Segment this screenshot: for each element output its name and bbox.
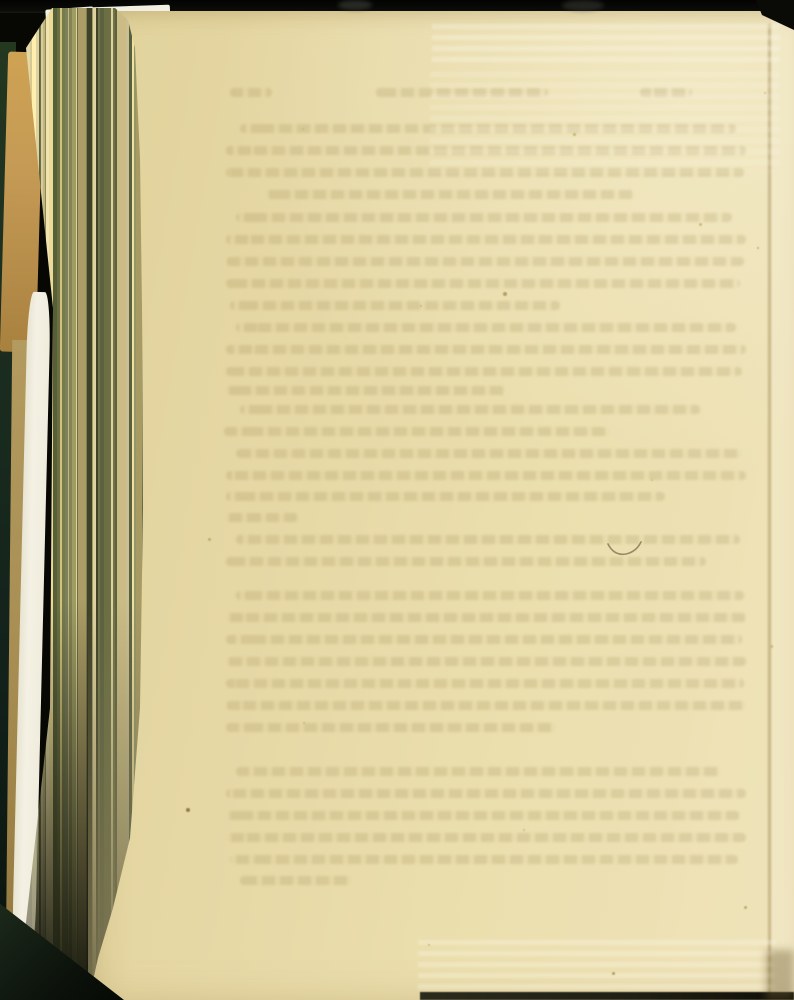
ghost-text-line (226, 257, 744, 266)
edge-smudge (338, 0, 372, 10)
foxing-speck (186, 808, 190, 812)
foxing-speck (744, 906, 747, 909)
page-corner-shadow (766, 950, 794, 1000)
ghost-text-line (236, 591, 744, 600)
ghost-text-line (226, 635, 742, 644)
foxing-speck (523, 829, 525, 831)
foxing-speck (757, 247, 759, 249)
page-edge-stripe (53, 8, 57, 994)
ghost-text-line (226, 613, 746, 622)
ghost-text-line (225, 513, 298, 522)
ghost-text-line (226, 701, 746, 710)
ghost-text-line (226, 279, 740, 288)
foxing-speck (699, 223, 702, 226)
ghost-text-line (230, 855, 738, 864)
page-edge-stripe (86, 8, 87, 994)
ghost-text-line (226, 367, 742, 376)
foxing-speck (428, 944, 430, 946)
foxing-speck (651, 479, 653, 481)
foxing-speck (503, 292, 507, 296)
ghost-text-line (236, 213, 732, 222)
scan-streak-band (430, 72, 780, 172)
ghost-text-line (236, 323, 736, 332)
ghost-text-line (230, 88, 272, 97)
ghost-text-line (230, 301, 560, 310)
ghost-text-line (226, 235, 746, 244)
ghost-text-line (240, 876, 352, 885)
page-edge-stripe (72, 8, 76, 994)
page-edge-stripe (78, 8, 86, 994)
page-edge-stripe (117, 8, 126, 994)
ghost-text-line (226, 811, 740, 820)
scanner-background-bottom-strip (420, 992, 794, 1000)
foxing-speck (302, 128, 304, 130)
ghost-text-line (226, 657, 746, 666)
ghost-text-line (226, 679, 744, 688)
ghost-text-line (236, 535, 740, 544)
ghost-text-line (226, 492, 665, 501)
foxing-speck (770, 645, 773, 648)
foxing-speck (208, 538, 211, 541)
page-edge-stripe (62, 8, 65, 994)
pencil-squiggle-mark (606, 538, 644, 560)
ghost-text-line (226, 345, 746, 354)
ghost-text-line (226, 386, 505, 395)
scan-streak-band (418, 940, 776, 992)
foxing-speck (764, 92, 766, 94)
book-scan (0, 0, 794, 1000)
foxing-speck (303, 722, 305, 724)
ghost-text-line (236, 767, 720, 776)
edge-smudge (562, 0, 604, 11)
ghost-text-line (226, 789, 746, 798)
foxing-speck (573, 133, 576, 136)
page-edge-stripe (98, 8, 100, 994)
ghost-text-line (226, 833, 746, 842)
page-edge-stripe (113, 8, 115, 994)
foxing-speck (420, 305, 422, 307)
ghost-text-line (224, 427, 610, 436)
ghost-text-line (266, 190, 634, 199)
ghost-text-line (226, 723, 556, 732)
foxing-speck (612, 972, 615, 975)
ghost-text-line (240, 405, 700, 414)
scan-streak-band (432, 24, 780, 68)
ghost-text-line (226, 471, 746, 480)
ghost-text-line (236, 449, 742, 458)
